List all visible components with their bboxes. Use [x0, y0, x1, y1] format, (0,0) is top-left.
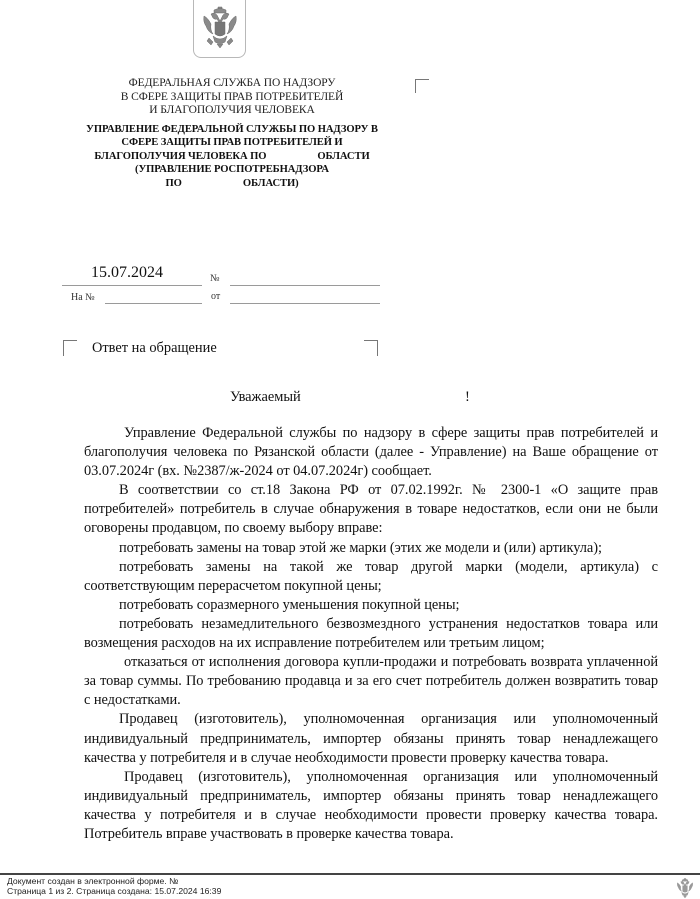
body-paragraph: В соответствии со ст.18 Закона РФ от 07.… — [84, 481, 658, 538]
registration-row: 15.07.2024 № — [62, 264, 382, 288]
number-label: № — [210, 273, 220, 284]
body-paragraph: потребовать незамедлительного безвозмезд… — [84, 615, 658, 653]
letter-body: Управление Федеральной службы по надзору… — [84, 424, 658, 844]
department-name: УПРАВЛЕНИЕ ФЕДЕРАЛЬНОЙ СЛУЖБЫ ПО НАДЗОРУ… — [62, 123, 402, 190]
body-paragraph: отказаться от исполнения договора купли-… — [84, 653, 658, 710]
addressee-corner-mark — [415, 79, 429, 93]
from-label: от — [211, 291, 220, 302]
department-line: СФЕРЕ ЗАЩИТЫ ПРАВ ПОТРЕБИТЕЛЕЙ И — [62, 136, 402, 149]
body-paragraph: потребовать замены на товар этой же марк… — [84, 539, 658, 558]
reference-underline — [105, 303, 202, 304]
agency-line: В СФЕРЕ ЗАЩИТЫ ПРАВ ПОТРЕБИТЕЛЕЙ — [62, 91, 402, 105]
number-underline — [230, 285, 380, 286]
subject-corner-right — [364, 340, 378, 356]
document-date: 15.07.2024 — [91, 264, 163, 282]
body-paragraph: потребовать замены на такой же товар дру… — [84, 558, 658, 596]
footer-info: Документ создан в электронной форме. № С… — [7, 877, 221, 896]
department-line: УПРАВЛЕНИЕ ФЕДЕРАЛЬНОЙ СЛУЖБЫ ПО НАДЗОРУ… — [62, 123, 402, 136]
subject-corner-left — [63, 340, 77, 356]
subject-line: Ответ на обращение — [92, 340, 217, 357]
greeting-salutation: Уважаемый — [230, 389, 301, 406]
department-line: БЛАГОПОЛУЧИЯ ЧЕЛОВЕКА ПО ОБЛАСТИ — [62, 150, 402, 163]
date-underline — [62, 285, 202, 286]
body-paragraph: Продавец (изготовитель), уполномоченная … — [84, 768, 658, 844]
russian-coat-of-arms-icon — [201, 4, 239, 50]
department-line: (УПРАВЛЕНИЕ РОСПОТРЕБНАДЗОРА — [62, 163, 402, 176]
body-paragraph: потребовать соразмерного уменьшения поку… — [84, 596, 658, 615]
reference-row: На № от — [62, 290, 382, 310]
department-line: ПО ОБЛАСТИ) — [62, 177, 402, 190]
reference-label: На № — [71, 292, 95, 303]
russian-coat-of-arms-icon — [675, 877, 695, 899]
emblem-frame — [193, 0, 246, 58]
footer-page-info: Страница 1 из 2. Страница создана: 15.07… — [7, 887, 221, 897]
greeting-exclamation: ! — [465, 389, 470, 406]
agency-line: ФЕДЕРАЛЬНАЯ СЛУЖБА ПО НАДЗОРУ — [62, 77, 402, 91]
body-paragraph: Продавец (изготовитель), уполномоченная … — [84, 710, 658, 767]
from-underline — [230, 303, 380, 304]
footer-divider — [0, 873, 700, 875]
agency-name: ФЕДЕРАЛЬНАЯ СЛУЖБА ПО НАДЗОРУ В СФЕРЕ ЗА… — [62, 77, 402, 118]
body-paragraph: Управление Федеральной службы по надзору… — [84, 424, 658, 481]
agency-line: И БЛАГОПОЛУЧИЯ ЧЕЛОВЕКА — [62, 104, 402, 118]
